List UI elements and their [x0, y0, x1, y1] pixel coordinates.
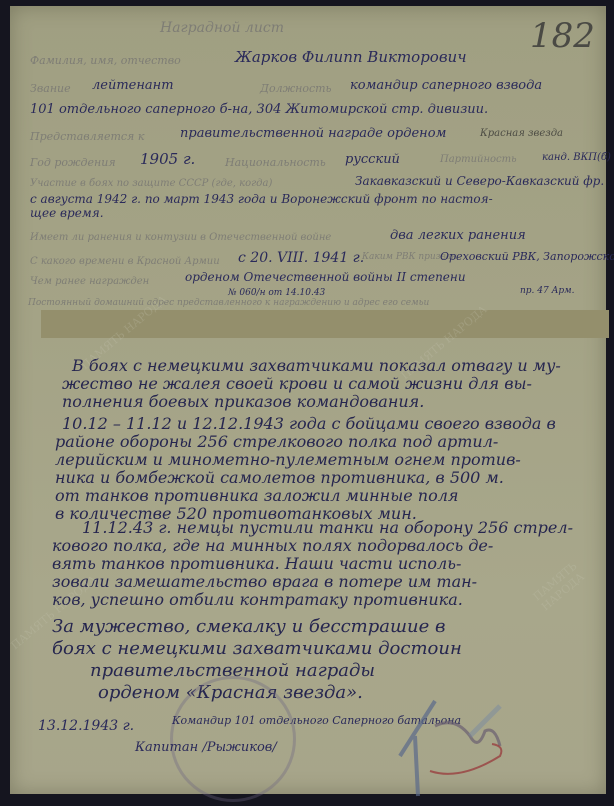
birth-year-value: 1905 г.: [140, 150, 195, 168]
official-stamp: [170, 676, 296, 800]
narrative-line: зовали замешательство врага в потере им …: [52, 572, 477, 591]
pencil-resolution-mark-icon: [360, 696, 540, 800]
award-value: правительственной награде орденом: [180, 126, 446, 141]
narrative-line: ника и бомбежкой самолетов противника, в…: [55, 468, 504, 487]
nationality-value: русский: [345, 152, 400, 167]
award-label: Представляется к: [30, 130, 144, 143]
rank-label: Звание: [30, 82, 71, 95]
nationality-label: Национальность: [225, 156, 326, 169]
home-address-label: Постоянный домашний адрес представленног…: [28, 298, 429, 308]
prior-awards-order-ref: № 060/н от 14.10.43: [228, 288, 325, 298]
war-participation-line3: щее время.: [30, 206, 104, 220]
war-participation-value: Закавказский и Северо-Кавказский фр.: [355, 174, 604, 188]
in-army-since-label: С какого времени в Красной Армии: [30, 256, 220, 267]
signature-date: 13.12.1943 г.: [38, 718, 134, 734]
narrative-line: В боях с немецкими захватчиками показал …: [72, 356, 561, 375]
wounds-label: Имеет ли ранения и контузии в Отечествен…: [30, 232, 331, 243]
narrative-line: районе обороны 256 стрелкового полка под…: [55, 432, 498, 451]
document-title: Наградной лист: [160, 20, 284, 36]
conclusion-line: За мужество, смекалку и бесстрашие в: [52, 616, 446, 637]
rank-value: лейтенант: [92, 78, 174, 93]
war-participation-label: Участие в боях по защите СССР (где, когд…: [30, 178, 272, 189]
position-value: командир саперного взвода: [350, 78, 542, 93]
in-army-since-value: с 20. VIII. 1941 г.: [238, 250, 364, 266]
narrative-line: 11.12.43 г. немцы пустили танки на оборо…: [82, 518, 573, 537]
narrative-line: лерийским и минометно-пулеметным огнем п…: [55, 450, 521, 469]
position-value-line2: 101 отдельного саперного б-на, 304 Житом…: [30, 102, 488, 117]
conclusion-line: боях с немецкими захватчиками достоин: [52, 638, 462, 659]
wounds-value: два легких ранения: [390, 228, 526, 243]
conscripted-by-value: Ореховский РВК, Запорожской области: [440, 250, 614, 263]
narrative-line: от танков противника заложил минные поля: [55, 486, 459, 505]
narrative-line: полнения боевых приказов командования.: [62, 392, 424, 411]
archive-number: 182: [530, 16, 595, 56]
award-sheet: Наградной лист 182 Фамилия, имя, отчеств…: [10, 6, 606, 794]
narrative-line: вять танков противника. Наши части испол…: [52, 554, 461, 573]
birth-year-label: Год рождения: [30, 156, 116, 169]
signature-rank-name: Капитан /Рыжиков/: [135, 740, 277, 755]
narrative-line: ков, успешно отбили контратаку противник…: [52, 590, 463, 609]
award-value-tail: Красная звезда: [480, 128, 563, 139]
name-value: Жарков Филипп Викторович: [235, 48, 467, 66]
position-label: Должность: [260, 82, 332, 95]
name-label: Фамилия, имя, отчество: [30, 54, 181, 67]
narrative-line: жество не жалея своей крови и самой жизн…: [62, 374, 532, 393]
narrative-line: 10.12 – 11.12 и 12.12.1943 года с бойцам…: [62, 414, 556, 433]
narrative-line: кового полка, где на минных полях подорв…: [52, 536, 493, 555]
prior-awards-army-ref: пр. 47 Арм.: [520, 286, 575, 296]
prior-awards-label: Чем ранее награжден: [30, 276, 149, 287]
prior-awards-value: орденом Отечественной войны II степени: [185, 270, 466, 284]
party-label: Партийность: [440, 154, 517, 165]
watermark: ПАМЯТЬ НАРОДА: [531, 545, 606, 614]
war-participation-line2: с августа 1942 г. по март 1943 года и Во…: [30, 192, 493, 206]
party-value: канд. ВКП(б): [542, 152, 611, 163]
